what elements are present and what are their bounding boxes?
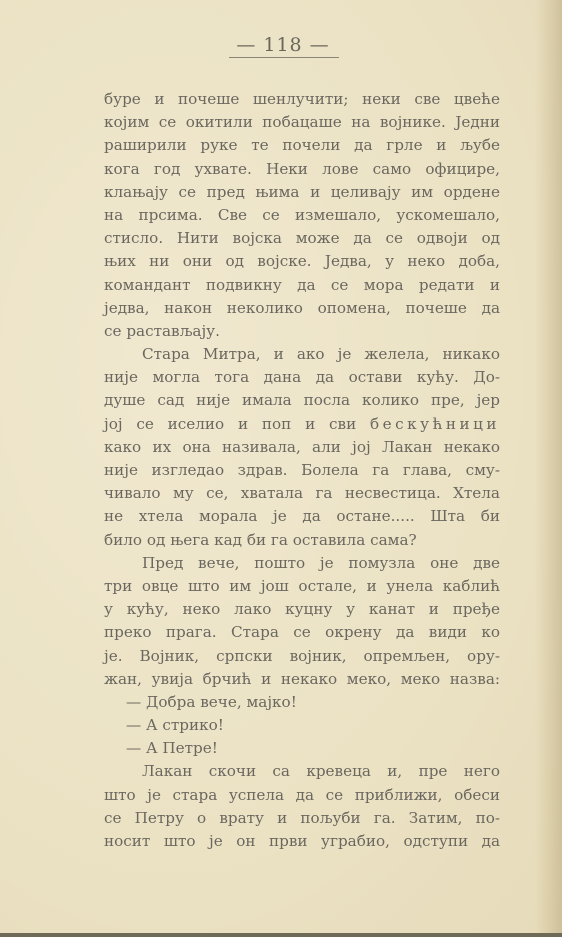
text-line: једва, након неколико опомена, почеше да bbox=[104, 297, 500, 320]
text-line: клањају се пред њима и целивају им орден… bbox=[104, 181, 500, 204]
text-line: командант подвикну да се мора редати и bbox=[104, 274, 500, 297]
text-line: није могла тога дана да остави кућу. До- bbox=[104, 366, 500, 389]
text-line: није изгледао здрав. Болела га глава, см… bbox=[104, 459, 500, 482]
text-line: — Добра вече, мајко! bbox=[104, 691, 500, 714]
text-line: којим се окитили побацаше на војнике. Је… bbox=[104, 111, 500, 134]
page-number-rule bbox=[229, 57, 339, 58]
text-line: чивало му се, хватала га несвестица. Хте… bbox=[104, 482, 500, 505]
text-line-prefix: јој се иселио и поп и сви bbox=[104, 415, 370, 433]
text-line: душе сад није имала посла колико пре, је… bbox=[104, 389, 500, 412]
text-line: се Петру о врату и пољуби га. Затим, по- bbox=[104, 807, 500, 830]
text-line: је. Војник, српски војник, опремљен, ору… bbox=[104, 645, 500, 668]
text-line: кога год ухвате. Неки лове само официре, bbox=[104, 158, 500, 181]
book-page: — 118 — буре и почеше шенлучити; неки св… bbox=[0, 0, 562, 933]
text-line: било од њега кад би га оставила сама? bbox=[104, 529, 500, 552]
text-line: Стара Митра, и ако је желела, никако bbox=[104, 343, 500, 366]
text-line: њих ни они од војске. Једва, у неко доба… bbox=[104, 250, 500, 273]
text-line: буре и почеше шенлучити; неки све цвеће bbox=[104, 88, 500, 111]
text-line: на прсима. Све се измешало, ускомешало, bbox=[104, 204, 500, 227]
text-line: носит што је он први уграбио, одступи да bbox=[104, 830, 500, 853]
emphasized-word: бескућници bbox=[370, 415, 500, 433]
text-line: стисло. Нити војска може да се одвоји од bbox=[104, 227, 500, 250]
text-line: раширили руке те почели да грле и љубе bbox=[104, 134, 500, 157]
text-line: како их она називала, али јој Лакан нека… bbox=[104, 436, 500, 459]
text-line: Лакан скочи са кревеца и, пре него bbox=[104, 760, 500, 783]
page-number: — 118 — bbox=[228, 34, 338, 56]
text-line: преко прага. Стара се окрену да види ко bbox=[104, 621, 500, 644]
text-line: у кућу, неко лако куцну у канат и пређе bbox=[104, 598, 500, 621]
text-line: што је стара успела да се приближи, обес… bbox=[104, 784, 500, 807]
text-line: — А Петре! bbox=[104, 737, 500, 760]
text-line: се растављају. bbox=[104, 320, 500, 343]
text-line: три овце што им још остале, и унела кабл… bbox=[104, 575, 500, 598]
text-line: — А стрико! bbox=[104, 714, 500, 737]
text-line: жан, увија брчић и некако меко, меко наз… bbox=[104, 668, 500, 691]
body-text: буре и почеше шенлучити; неки све цвећек… bbox=[104, 88, 500, 853]
text-line: Пред вече, пошто је помузла оне две bbox=[104, 552, 500, 575]
text-line: јој се иселио и поп и сви бескућници bbox=[104, 413, 500, 436]
text-line: не хтела морала је да остане..... Шта би bbox=[104, 505, 500, 528]
page-bottom-edge bbox=[0, 933, 562, 937]
